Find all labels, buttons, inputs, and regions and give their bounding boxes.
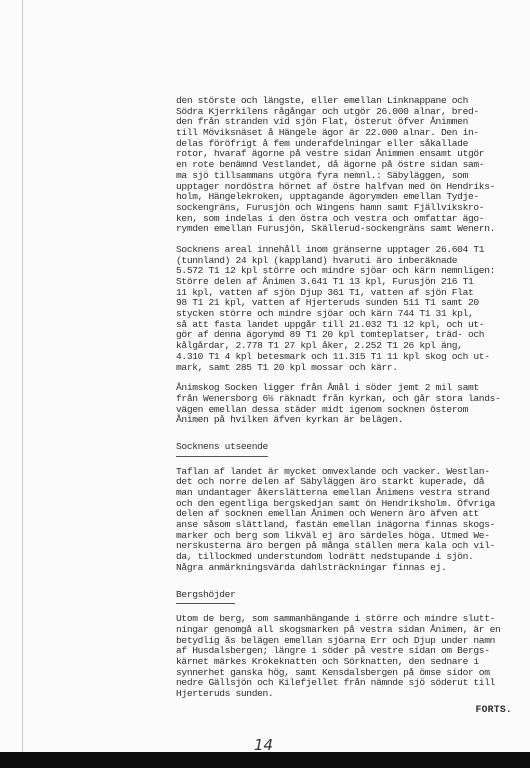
section-heading-appearance: Socknens utseende	[176, 442, 268, 457]
section-heading-mountains: Bergshöjder	[176, 590, 235, 605]
text-line: Några anmärkningsvärda dahlsträckningar …	[176, 563, 520, 574]
page-edge-line	[22, 0, 23, 752]
paragraph-areal: Socknens areal innehåll inom gränserne u…	[176, 245, 520, 373]
text-line: 4.310 T1 4 kpl betesmark och 11.315 T1 1…	[176, 352, 520, 363]
paragraph-boundaries: den störste och längste, eller emellan L…	[176, 96, 520, 235]
document-body: den störste och längste, eller emellan L…	[176, 96, 520, 715]
scan-bottom-border	[0, 752, 530, 768]
text-line: ningar genomgå all skogsmarken på vestra…	[176, 625, 520, 636]
text-line: mark, samt 285 T1 20 kpl mossar och kärr…	[176, 363, 520, 374]
text-line: rymden emellan Furusjön, Skällerud-socke…	[176, 224, 520, 235]
paragraph-mountains: Utom de berg, som sammanhängande i störr…	[176, 614, 520, 700]
text-line: Ånimen på hvilken äfven kyrkan är beläge…	[176, 415, 520, 426]
text-line: från Wenersborg 6½ räknadt från kyrkan, …	[176, 394, 520, 405]
paragraph-location: Ånimskog Socken ligger från Åmål i söder…	[176, 383, 520, 426]
text-line: ma sjö tillsammans utgöra fyra nemnl.: S…	[176, 171, 520, 182]
text-line: Hjerteruds sunden.	[176, 689, 520, 700]
text-line: sockengräns, Furusjön och Wingens hamn s…	[176, 203, 520, 214]
paragraph-appearance: Taflan af landet är mycket omvexlande oc…	[176, 467, 520, 574]
continued-marker: FORTS.	[176, 704, 520, 715]
